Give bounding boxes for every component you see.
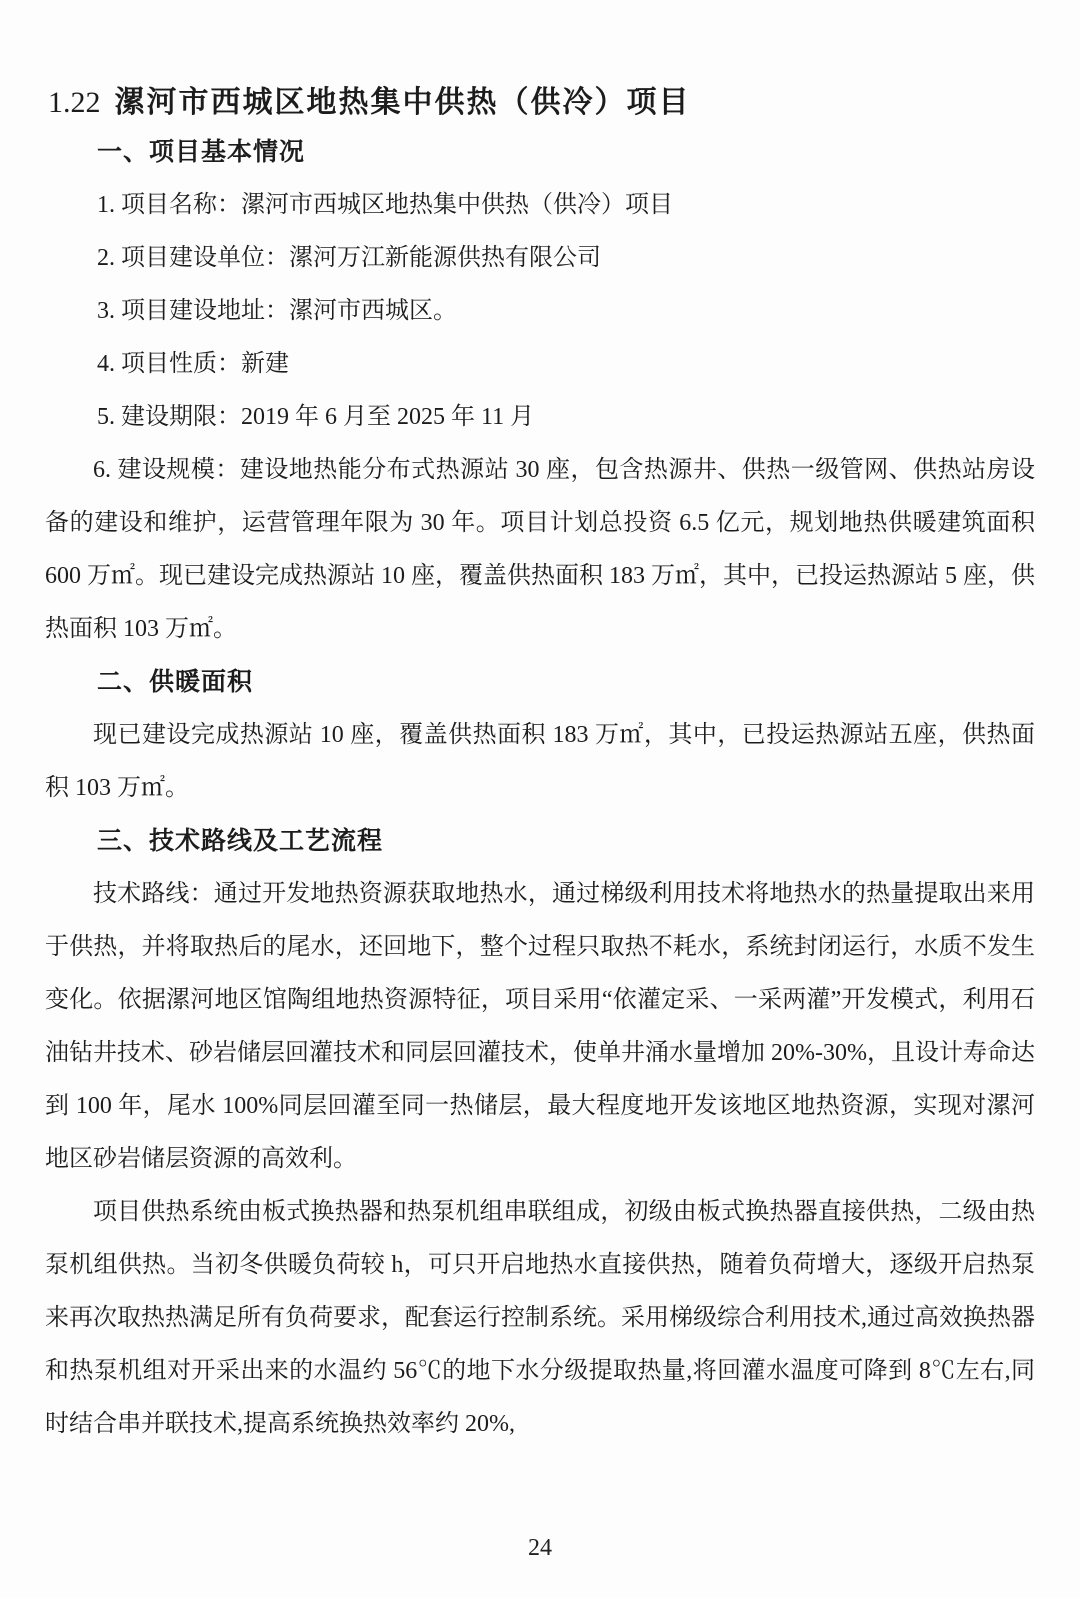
paragraph-heating-area: 现已建设完成热源站 10 座，覆盖供热面积 183 万㎡，其中，已投运热源站五座… xyxy=(45,709,1035,815)
section-heading-basic-info: 一、项目基本情况 xyxy=(45,126,1035,179)
list-item-project-nature: 4. 项目性质：新建 xyxy=(45,338,1035,391)
title-number: 1.22 xyxy=(48,86,101,119)
paragraph-technical-route: 技术路线：通过开发地热资源获取地热水，通过梯级利用技术将地热水的热量提取出来用于… xyxy=(45,868,1035,1186)
title-text: 漯河市西城区地热集中供热（供冷）项目 xyxy=(115,86,691,119)
section-heading-technical-route: 三、技术路线及工艺流程 xyxy=(45,815,1035,868)
page-title: 1.22漯河市西城区地热集中供热（供冷）项目 xyxy=(45,80,1035,126)
list-item-construction-unit: 2. 项目建设单位：漯河万江新能源供热有限公司 xyxy=(45,232,1035,285)
paragraph-heating-system: 项目供热系统由板式换热器和热泵机组串联组成，初级由板式换热器直接供热，二级由热泵… xyxy=(45,1186,1035,1451)
page-number: 24 xyxy=(0,1534,1080,1562)
list-item-construction-period: 5. 建设期限：2019 年 6 月至 2025 年 11 月 xyxy=(45,391,1035,444)
paragraph-construction-scale: 6. 建设规模：建设地热能分布式热源站 30 座，包含热源井、供热一级管网、供热… xyxy=(45,444,1035,656)
document-page: 1.22漯河市西城区地热集中供热（供冷）项目 一、项目基本情况 1. 项目名称：… xyxy=(0,0,1080,1598)
list-item-project-name: 1. 项目名称：漯河市西城区地热集中供热（供冷）项目 xyxy=(45,179,1035,232)
list-item-construction-address: 3. 项目建设地址：漯河市西城区。 xyxy=(45,285,1035,338)
section-heading-heating-area: 二、供暖面积 xyxy=(45,656,1035,709)
